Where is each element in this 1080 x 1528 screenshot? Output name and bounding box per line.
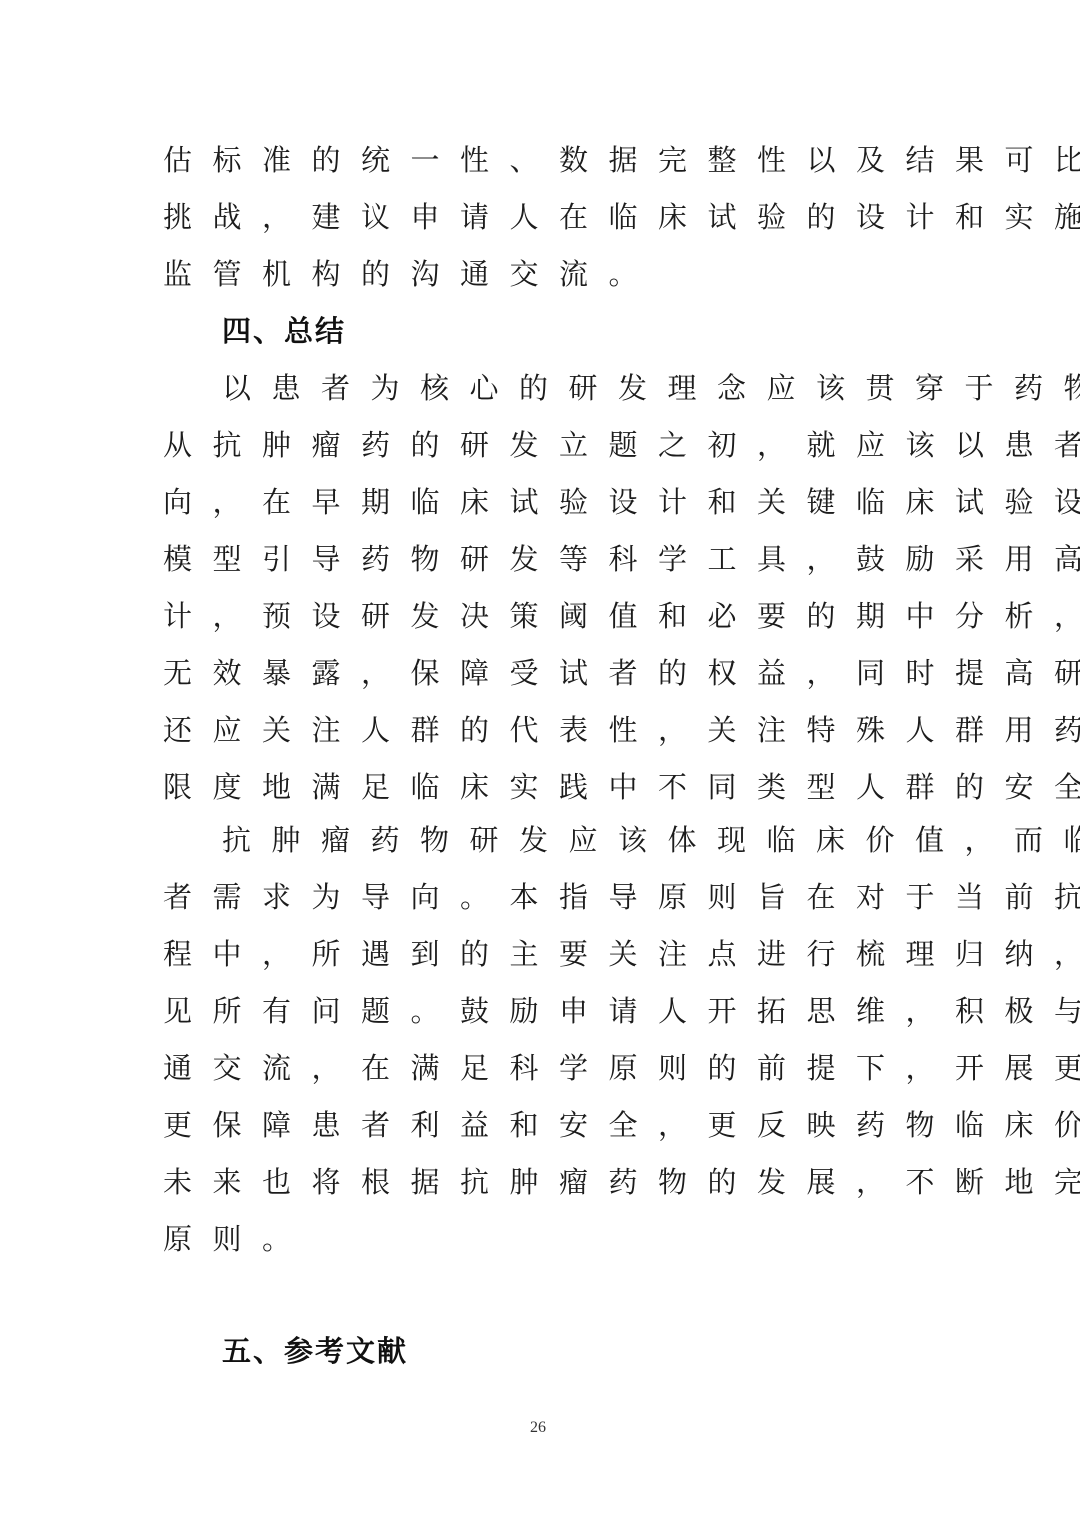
text-line: 见所有问题。鼓励申请人开拓思维，积极与监管机构进行沟 (163, 991, 923, 1031)
document-page: 估标准的统一性、数据完整性以及结果可比性等多方面带来 挑战，建议申请人在临床试验… (0, 0, 1080, 1528)
text-line: 向，在早期临床试验设计和关键临床试验设计中，鼓励利用 (163, 482, 923, 522)
text-line: 计，预设研发决策阈值和必要的期中分析，以减少受试者的 (163, 596, 923, 636)
text-line: 未来也将根据抗肿瘤药物的发展，不断地完善和补充本指导 (163, 1162, 923, 1202)
text-line: 抗肿瘤药物研发应该体现临床价值，而临床价值应以患 (222, 820, 982, 860)
text-line: 更保障患者利益和安全，更反映药物临床价值的临床试验。 (163, 1105, 923, 1145)
text-line: 原则。 (163, 1219, 923, 1259)
text-line: 模型引导药物研发等科学工具，鼓励采用高效的临床试验设 (163, 539, 923, 579)
page-number: 26 (530, 1416, 546, 1440)
text-line: 估标准的统一性、数据完整性以及结果可比性等多方面带来 (163, 140, 923, 180)
text-line: 程中，所遇到的主要关注点进行梳理归纳，不可能涵盖和预 (163, 934, 923, 974)
text-line: 限度地满足临床实践中不同类型人群的安全用药需求。 (163, 767, 923, 807)
text-line: 通交流，在满足科学原则的前提下，开展更符合患者需求， (163, 1048, 923, 1088)
text-line: 无效暴露，保障受试者的权益，同时提高研发效率；此外， (163, 653, 923, 693)
text-line: 以患者为核心的研发理念应该贯穿于药物研发的始终。 (222, 368, 982, 408)
text-line: 还应关注人群的代表性，关注特殊人群用药开发，以期最大 (163, 710, 923, 750)
text-line: 从抗肿瘤药的研发立题之初，就应该以患者的需求为研发导 (163, 425, 923, 465)
section-heading-summary: 四、总结 (222, 311, 346, 351)
text-line: 者需求为导向。本指导原则旨在对于当前抗肿瘤药物研发过 (163, 877, 923, 917)
text-line: 监管机构的沟通交流。 (163, 254, 923, 294)
section-heading-references: 五、参考文献 (222, 1331, 408, 1371)
text-line: 挑战，建议申请人在临床试验的设计和实施过程中，加强与 (163, 197, 923, 237)
